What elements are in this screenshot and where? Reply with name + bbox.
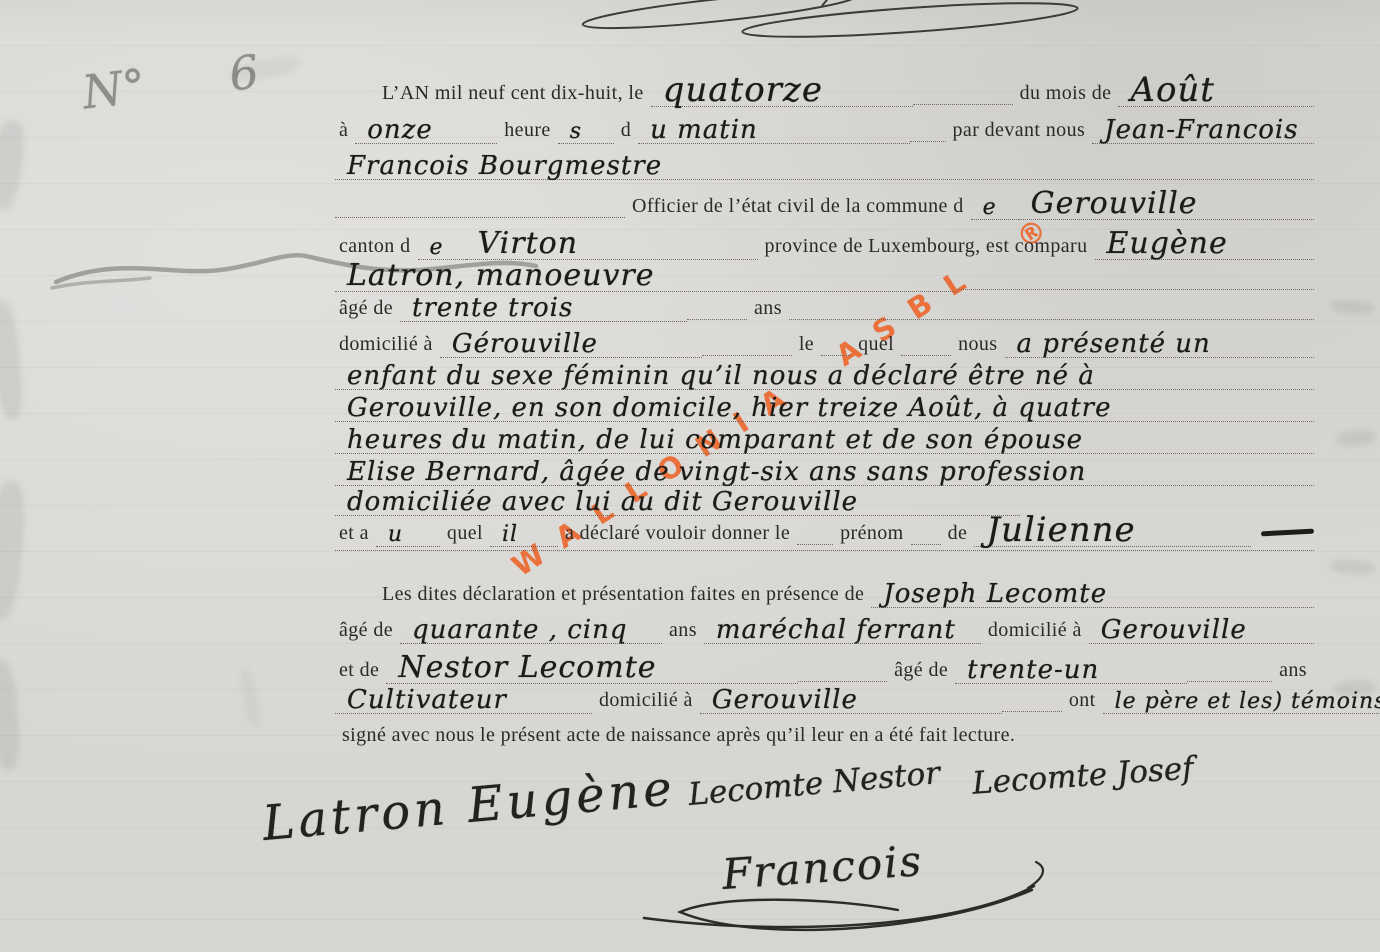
printed-text: par devant nous <box>946 119 1093 144</box>
form-line-witness-intro: Les dites déclaration et présentation fa… <box>375 582 1314 608</box>
printed-text: nous <box>951 333 1004 358</box>
handwritten-mother-domicile: domiciliée avec lui au dit Gerouville <box>335 490 1020 516</box>
signature-lecomte-nestor: Lecomte Nestor <box>687 755 942 813</box>
signature-latron-eugene: Latron Eugène <box>260 760 678 852</box>
form-line-commune: Officier de l’état civil de la commune d… <box>335 190 1314 220</box>
printed-text: ans <box>1272 659 1314 684</box>
form-line-age: âgé de trente trois ans <box>332 296 1314 322</box>
rule-fill <box>335 550 1314 551</box>
printed-text: quel <box>440 522 490 547</box>
handwritten-letter: e <box>971 198 1019 220</box>
printed-text: prénom <box>833 522 911 547</box>
printed-text: et de <box>332 659 386 684</box>
form-line-declarant: Latron, manoeuvre <box>335 262 1314 292</box>
handwritten-domicile: Gérouville <box>440 332 702 358</box>
handwritten-age: trente trois <box>400 296 687 322</box>
bleedthrough-mark <box>0 479 28 621</box>
printed-text: ans <box>747 297 789 322</box>
handwritten-birthplace-date: Gerouville, en son domicile, hier treize… <box>335 396 1314 422</box>
handwritten-witness2-age: trente-un <box>955 658 1187 684</box>
form-line-closing: signé avec nous le présent acte de naiss… <box>335 724 1022 749</box>
handwritten-witness2-occupation: Cultivateur <box>335 688 592 714</box>
printed-closing-sentence: signé avec nous le présent acte de naiss… <box>335 724 1022 749</box>
form-line-child-sex: enfant du sexe féminin qu’il nous a décl… <box>335 364 1314 390</box>
handwritten-period: u matin <box>638 118 910 144</box>
handwritten-month: Août <box>1118 74 1314 107</box>
printed-text: le <box>792 333 821 358</box>
rule-fill <box>702 355 792 356</box>
form-line-mother-domicile: domiciliée avec lui au dit Gerouville <box>335 490 1020 516</box>
printed-text: d <box>614 119 638 144</box>
signature-francois-swash <box>630 836 1060 948</box>
handwritten-declarant-firstname: Eugène <box>1095 230 1315 260</box>
printed-text: domicilié à <box>332 333 440 358</box>
handwritten-officer-firstname: Jean-Francois <box>1092 118 1314 144</box>
form-line-officer-name: Francois Bourgmestre <box>335 154 1314 180</box>
printed-text: âgé de <box>887 659 955 684</box>
bleedthrough-mark <box>1335 428 1376 447</box>
ink-flourish <box>1261 529 1314 537</box>
handwritten-witness2-name: Nestor Lecomte <box>386 654 798 684</box>
act-number: N° 6 <box>79 44 261 119</box>
printed-text: heure <box>497 119 557 144</box>
printed-text: du mois de <box>1013 82 1119 107</box>
printed-text: domicilié à <box>592 689 700 714</box>
handwritten-il: il <box>490 525 558 547</box>
form-line-witness1-details: âgé de quarante , cinq ans maréchal ferr… <box>332 618 1314 644</box>
printed-text: et a <box>332 522 376 547</box>
rule-fill <box>789 319 1314 320</box>
handwritten-day: quatorze <box>651 74 913 107</box>
handwritten-letter: e <box>418 238 466 260</box>
bleedthrough-mark <box>0 299 26 421</box>
form-line-blank <box>335 550 1314 553</box>
handwritten-given-name: Julienne <box>974 514 1251 547</box>
handwritten-birth-hour: heures du matin, de lui comparant et de … <box>335 428 1314 454</box>
handwritten-hour: onze <box>355 118 497 144</box>
handwritten-witness1-occupation: maréchal ferrant <box>704 618 981 644</box>
bleedthrough-mark <box>1330 559 1377 575</box>
form-line-birthplace: Gerouville, en son domicile, hier treize… <box>335 396 1314 422</box>
bleedthrough-mark <box>1330 298 1375 315</box>
rule-fill <box>687 319 747 320</box>
handwritten-presented: a présenté un <box>1005 332 1315 358</box>
printed-text: L’AN mil neuf cent dix-huit, le <box>375 82 651 107</box>
handwritten-commune: Gerouville <box>1019 190 1314 220</box>
rule-fill <box>797 544 833 545</box>
rule-fill <box>335 217 625 218</box>
rule-fill <box>913 104 1013 105</box>
rule-fill <box>798 681 887 682</box>
printed-text: de <box>941 522 975 547</box>
form-line-date: L’AN mil neuf cent dix-huit, le quatorze… <box>375 74 1314 107</box>
printed-text: à <box>332 119 355 144</box>
printed-text: Les dites déclaration et présentation fa… <box>375 583 871 608</box>
form-line-given-name: et a u quel il a déclaré vouloir donner … <box>332 514 1314 547</box>
printed-text: province de Luxembourg, est comparu <box>758 235 1095 260</box>
form-line-birth-hour: heures du matin, de lui comparant et de … <box>335 428 1314 454</box>
form-line-domicile: domicilié à Gérouville le quel nous a pr… <box>332 332 1314 358</box>
form-line-witness2-details: Cultivateur domicilié à Gerouville ont l… <box>335 688 1314 714</box>
handwritten-canton: Virton <box>466 230 758 260</box>
birth-act-scan: N° 6 WALLONIA ASBL ® L’AN mil neuf cent … <box>0 0 1380 952</box>
handwritten-witness2-domicile: Gerouville <box>700 688 1002 714</box>
handwritten-witness1-domicile: Gerouville <box>1089 618 1314 644</box>
printed-text: ont <box>1062 689 1103 714</box>
form-line-hour: à onze heure s d u matin par devant nous… <box>332 118 1314 144</box>
bleedthrough-mark <box>0 659 22 771</box>
top-cutoff-flourish <box>570 0 1090 42</box>
signature-lecomte-josef: Lecomte Josef <box>971 750 1195 801</box>
printed-text: Officier de l’état civil de la commune d <box>625 195 971 220</box>
bleedthrough-mark <box>238 666 262 728</box>
handwritten-plural-s: s <box>558 122 614 144</box>
handwritten-child-declaration: enfant du sexe féminin qu’il nous a décl… <box>335 364 1314 390</box>
printed-text: âgé de <box>332 297 400 322</box>
handwritten-letter: u <box>376 525 440 547</box>
printed-text: quel <box>851 333 901 358</box>
rule-fill <box>957 289 1314 290</box>
rule-fill <box>901 355 951 356</box>
rule-fill <box>910 141 945 142</box>
handwritten-declarant-name-occupation: Latron, manoeuvre <box>335 262 957 292</box>
handwritten-officer-name: Francois Bourgmestre <box>335 154 1314 180</box>
printed-text: âgé de <box>332 619 400 644</box>
printed-text: ans <box>662 619 704 644</box>
handwritten-witness1-age: quarante , cinq <box>400 618 662 644</box>
rule-fill <box>911 544 941 545</box>
form-line-witness2: et de Nestor Lecomte âgé de trente-un an… <box>332 654 1314 684</box>
handwritten-witness1: Joseph Lecomte <box>871 582 1314 608</box>
rule-fill <box>821 355 851 356</box>
form-line-canton: canton d e Virton province de Luxembourg… <box>332 230 1314 260</box>
handwritten-mother: Elise Bernard, âgée de vingt-six ans san… <box>335 460 1314 486</box>
printed-text: canton d <box>332 235 418 260</box>
rule-fill <box>1187 681 1272 682</box>
printed-text: a déclaré vouloir donner le <box>558 522 797 547</box>
bleedthrough-mark <box>0 118 28 211</box>
handwritten-father-witnesses: le père et les) témoins <box>1103 692 1380 714</box>
form-line-mother: Elise Bernard, âgée de vingt-six ans san… <box>335 460 1314 486</box>
printed-text: domicilié à <box>981 619 1089 644</box>
rule-fill <box>1002 711 1062 712</box>
